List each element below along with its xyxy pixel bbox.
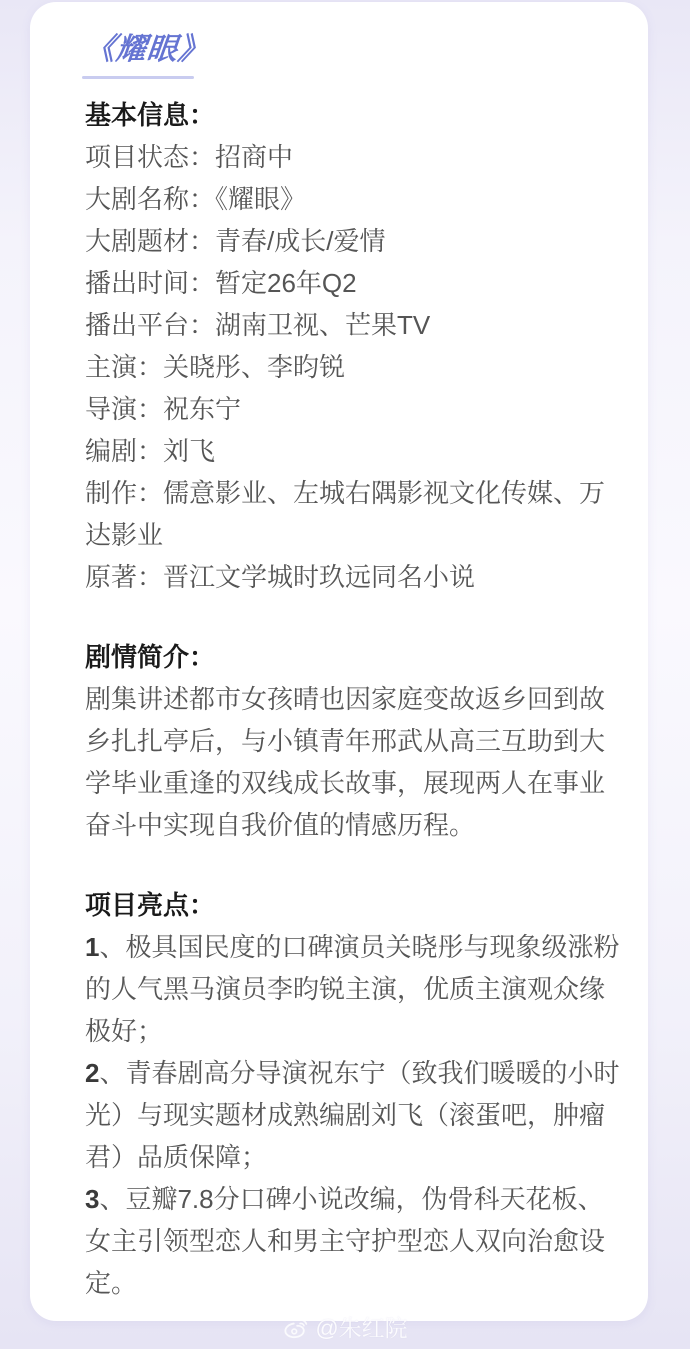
highlight-text: 、青春剧高分导演祝东宁（致我们暖暖的小时光）与现实题材成熟编剧刘飞（滚蛋吧，肿瘤…	[85, 1058, 619, 1172]
section-synopsis: 剧情简介： 剧集讲述都市女孩晴也因家庭变故返乡回到故乡扎扎亭后，与小镇青年邢武从…	[85, 636, 623, 846]
highlight-number: 2	[85, 1058, 99, 1088]
highlight-number: 3	[85, 1184, 99, 1214]
basic-info-heading: 基本信息：	[85, 94, 623, 136]
synopsis-heading: 剧情简介：	[85, 636, 623, 678]
highlight-item: 2、青春剧高分导演祝东宁（致我们暖暖的小时光）与现实题材成熟编剧刘飞（滚蛋吧，肿…	[85, 1052, 623, 1178]
basic-info-rows: 项目状态：招商中大剧名称：《耀眼》大剧题材：青春/成长/爱情播出时间：暂定26年…	[85, 136, 623, 598]
section-basic-info: 基本信息： 项目状态：招商中大剧名称：《耀眼》大剧题材：青春/成长/爱情播出时间…	[85, 94, 623, 598]
info-row: 项目状态：招商中	[85, 136, 623, 178]
info-row: 原著：晋江文学城时玖远同名小说	[85, 556, 623, 598]
highlight-number: 1	[85, 932, 99, 962]
info-row: 播出平台：湖南卫视、芒果TV	[85, 304, 623, 346]
weibo-icon	[282, 1315, 309, 1342]
watermark: @朱红院	[282, 1313, 407, 1343]
section-highlights: 项目亮点： 1、极具国民度的口碑演员关晓彤与现象级涨粉的人气黑马演员李昀锐主演，…	[85, 884, 623, 1304]
highlight-text: 、极具国民度的口碑演员关晓彤与现象级涨粉的人气黑马演员李昀锐主演，优质主演观众缘…	[85, 932, 619, 1046]
highlight-text: 、豆瓣7.8分口碑小说改编，伪骨科天花板、女主引领型恋人和男主守护型恋人双向治愈…	[85, 1184, 605, 1298]
info-row: 制作：儒意影业、左城右隅影视文化传媒、万达影业	[85, 472, 623, 556]
highlight-item: 3、豆瓣7.8分口碑小说改编，伪骨科天花板、女主引领型恋人和男主守护型恋人双向治…	[85, 1178, 623, 1304]
info-row: 导演：祝东宁	[85, 388, 623, 430]
watermark-text: @朱红院	[315, 1313, 407, 1343]
info-row: 大剧题材：青春/成长/爱情	[85, 220, 623, 262]
title-underline	[82, 76, 194, 79]
drama-title: 《耀眼》	[83, 30, 211, 70]
info-row: 大剧名称：《耀眼》	[85, 178, 623, 220]
synopsis-text: 剧集讲述都市女孩晴也因家庭变故返乡回到故乡扎扎亭后，与小镇青年邢武从高三互助到大…	[85, 678, 623, 846]
info-row: 主演：关晓彤、李昀锐	[85, 346, 623, 388]
info-card: 《耀眼》 基本信息： 项目状态：招商中大剧名称：《耀眼》大剧题材：青春/成长/爱…	[30, 2, 648, 1321]
highlight-items: 1、极具国民度的口碑演员关晓彤与现象级涨粉的人气黑马演员李昀锐主演，优质主演观众…	[85, 926, 623, 1304]
info-row: 编剧：刘飞	[85, 430, 623, 472]
info-row: 播出时间：暂定26年Q2	[85, 262, 623, 304]
highlights-heading: 项目亮点：	[85, 884, 623, 926]
highlight-item: 1、极具国民度的口碑演员关晓彤与现象级涨粉的人气黑马演员李昀锐主演，优质主演观众…	[85, 926, 623, 1052]
card-content: 基本信息： 项目状态：招商中大剧名称：《耀眼》大剧题材：青春/成长/爱情播出时间…	[85, 94, 623, 1304]
